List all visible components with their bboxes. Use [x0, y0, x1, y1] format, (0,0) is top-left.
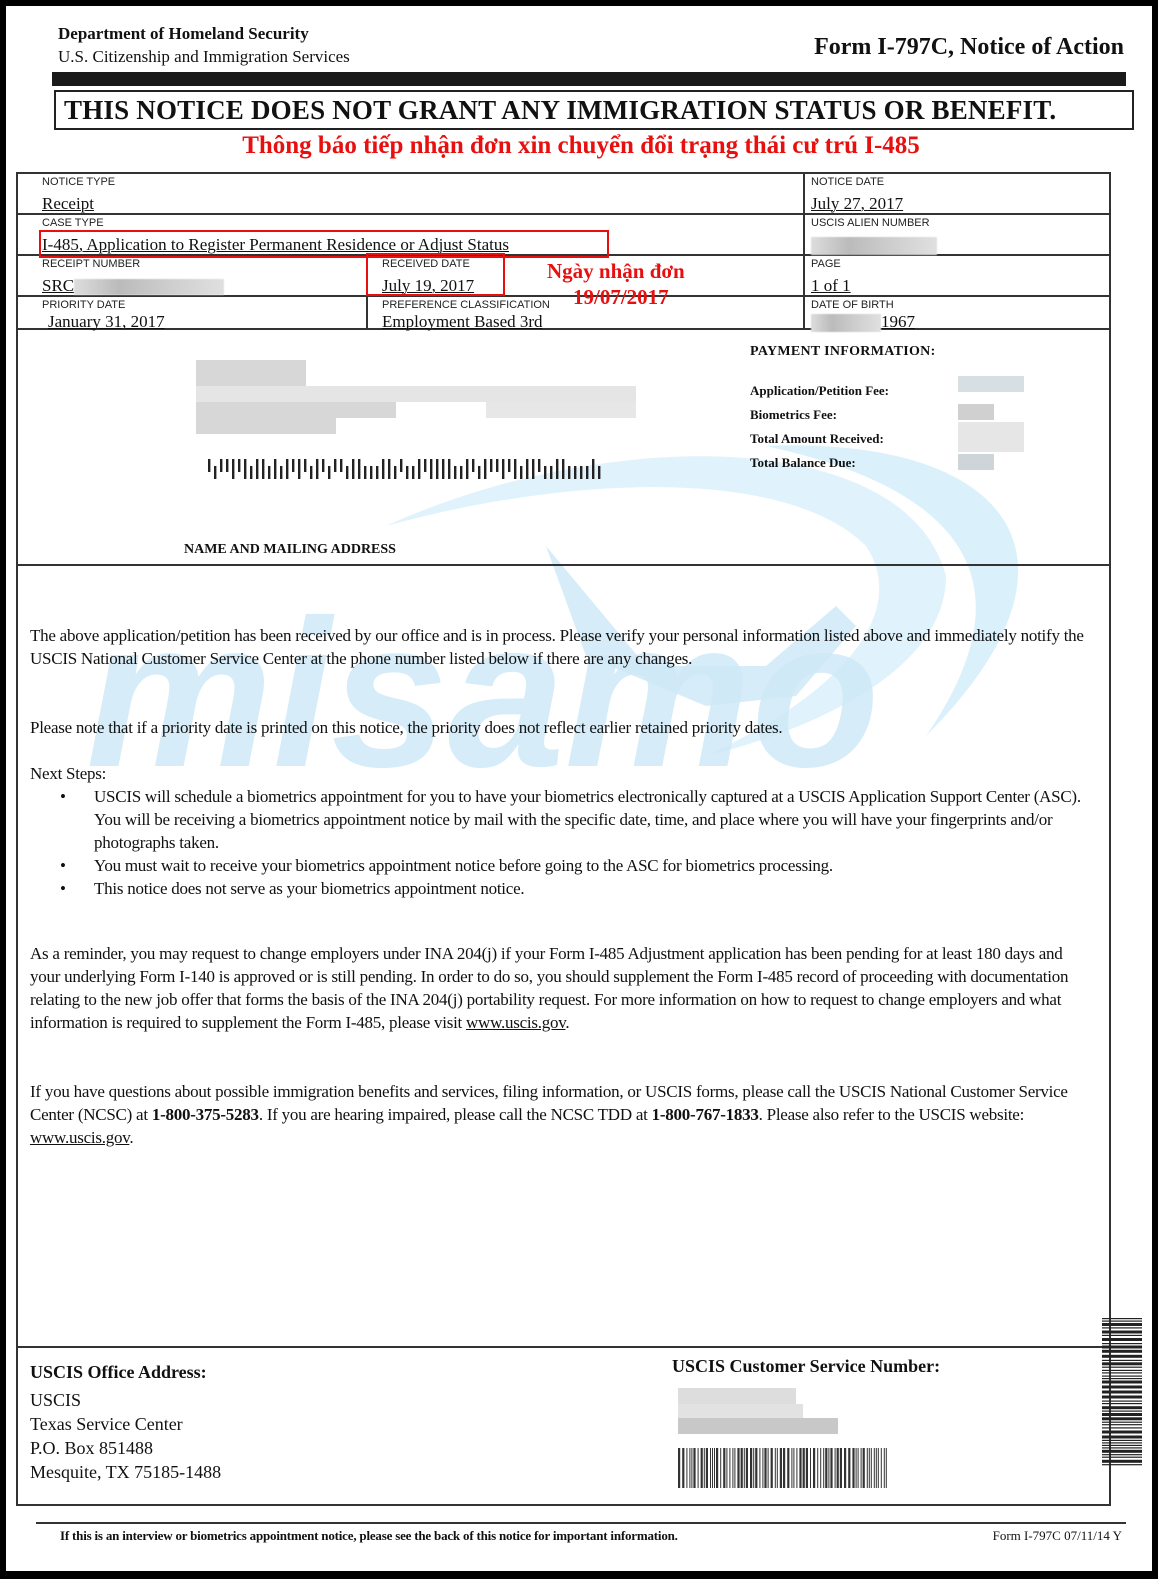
- department-name: Department of Homeland Security: [58, 24, 309, 44]
- paragraph-portability: As a reminder, you may request to change…: [30, 942, 1090, 1034]
- uscis-link[interactable]: www.uscis.gov: [466, 1013, 565, 1032]
- page-cell: PAGE 1 of 1: [805, 256, 1111, 297]
- list-item: This notice does not serve as your biome…: [30, 877, 1090, 900]
- status-warning: THIS NOTICE DOES NOT GRANT ANY IMMIGRATI…: [54, 90, 1134, 130]
- uscis-website-link[interactable]: www.uscis.gov: [30, 1128, 129, 1147]
- ncsc-phone: 1-800-375-5283: [152, 1105, 259, 1124]
- office-address-title: USCIS Office Address:: [30, 1362, 207, 1383]
- mailing-payment-section: NAME AND MAILING ADDRESS PAYMENT INFORMA…: [16, 330, 1111, 566]
- mailing-address-label: NAME AND MAILING ADDRESS: [184, 542, 396, 558]
- side-barcode: [1102, 1318, 1142, 1468]
- redacted-fee: [958, 422, 1024, 452]
- date-of-birth-cell: DATE OF BIRTH 1967: [805, 297, 1111, 330]
- redacted-block: [811, 237, 937, 255]
- annotation-received-date: 19/07/2017: [573, 285, 669, 310]
- notice-date-cell: NOTICE DATE July 27, 2017: [805, 174, 1111, 215]
- office-address-line: Mesquite, TX 75185-1488: [30, 1462, 221, 1483]
- office-address-line: Texas Service Center: [30, 1414, 183, 1435]
- notice-date-value: July 27, 2017: [811, 194, 903, 214]
- receipt-number-cell: RECEIPT NUMBER SRC: [18, 256, 368, 297]
- form-title: Form I-797C, Notice of Action: [814, 34, 1124, 61]
- priority-date-cell: PRIORITY DATE January 31, 2017: [18, 297, 368, 330]
- received-date-highlight: [366, 253, 505, 296]
- postal-barcode: [206, 458, 606, 480]
- case-barcode: [678, 1448, 888, 1488]
- list-item: You must wait to receive your biometrics…: [30, 854, 1090, 877]
- receipt-number-value: SRC: [42, 276, 224, 296]
- redacted-fee: [958, 404, 994, 420]
- payment-row: Total Balance Due:: [750, 455, 856, 471]
- notice-type-cell: NOTICE TYPE Receipt: [18, 174, 803, 215]
- next-steps-heading: Next Steps:: [30, 762, 1090, 785]
- preference-classification-value: Employment Based 3rd: [382, 312, 543, 332]
- alien-number-cell: USCIS ALIEN NUMBER: [805, 215, 1111, 256]
- header-divider: [52, 72, 1126, 86]
- page-value: 1 of 1: [811, 276, 851, 296]
- office-contact-section: USCIS Office Address: USCIS Texas Servic…: [16, 1346, 1111, 1506]
- agency-name: U.S. Citizenship and Immigration Service…: [58, 47, 350, 67]
- next-steps-list: USCIS will schedule a biometrics appoint…: [30, 785, 1090, 900]
- paragraph-priority-date: Please note that if a priority date is p…: [30, 716, 1090, 739]
- redacted-block: [74, 279, 224, 295]
- payment-row: Total Amount Received:: [750, 431, 884, 447]
- redacted-mailing-address: [196, 360, 636, 450]
- customer-service-title: USCIS Customer Service Number:: [672, 1356, 940, 1377]
- notice-type-value: Receipt: [42, 194, 94, 214]
- annotation-received-label: Ngày nhận đơn: [547, 259, 685, 284]
- footer-note: If this is an interview or biometrics ap…: [60, 1528, 678, 1544]
- vietnamese-title: Thông báo tiếp nhận đơn xin chuyển đổi t…: [6, 132, 1152, 160]
- redacted-phone: [678, 1388, 796, 1404]
- payment-title: PAYMENT INFORMATION:: [750, 344, 936, 360]
- footer-form-id: Form I-797C 07/11/14 Y: [993, 1528, 1122, 1544]
- priority-date-value: January 31, 2017: [48, 312, 165, 332]
- footer-divider: [36, 1522, 1126, 1524]
- alien-number-value: [811, 235, 937, 255]
- column-divider: [803, 174, 805, 330]
- case-type-highlight: [39, 230, 609, 258]
- paragraph-contact: If you have questions about possible imm…: [30, 1080, 1090, 1149]
- payment-row: Application/Petition Fee:: [750, 383, 889, 399]
- list-item: USCIS will schedule a biometrics appoint…: [30, 785, 1090, 854]
- redacted-fee: [958, 376, 1024, 392]
- notice-page: misamo Department of Homeland Security U…: [6, 6, 1152, 1571]
- redacted-fee: [958, 454, 994, 470]
- redacted-block: [678, 1418, 838, 1434]
- notice-body: The above application/petition has been …: [16, 566, 1111, 1356]
- office-address-line: P.O. Box 851488: [30, 1438, 153, 1459]
- payment-row: Biometrics Fee:: [750, 407, 837, 423]
- office-address-line: USCIS: [30, 1390, 81, 1411]
- paragraph-received: The above application/petition has been …: [30, 624, 1090, 670]
- tdd-phone: 1-800-767-1833: [652, 1105, 759, 1124]
